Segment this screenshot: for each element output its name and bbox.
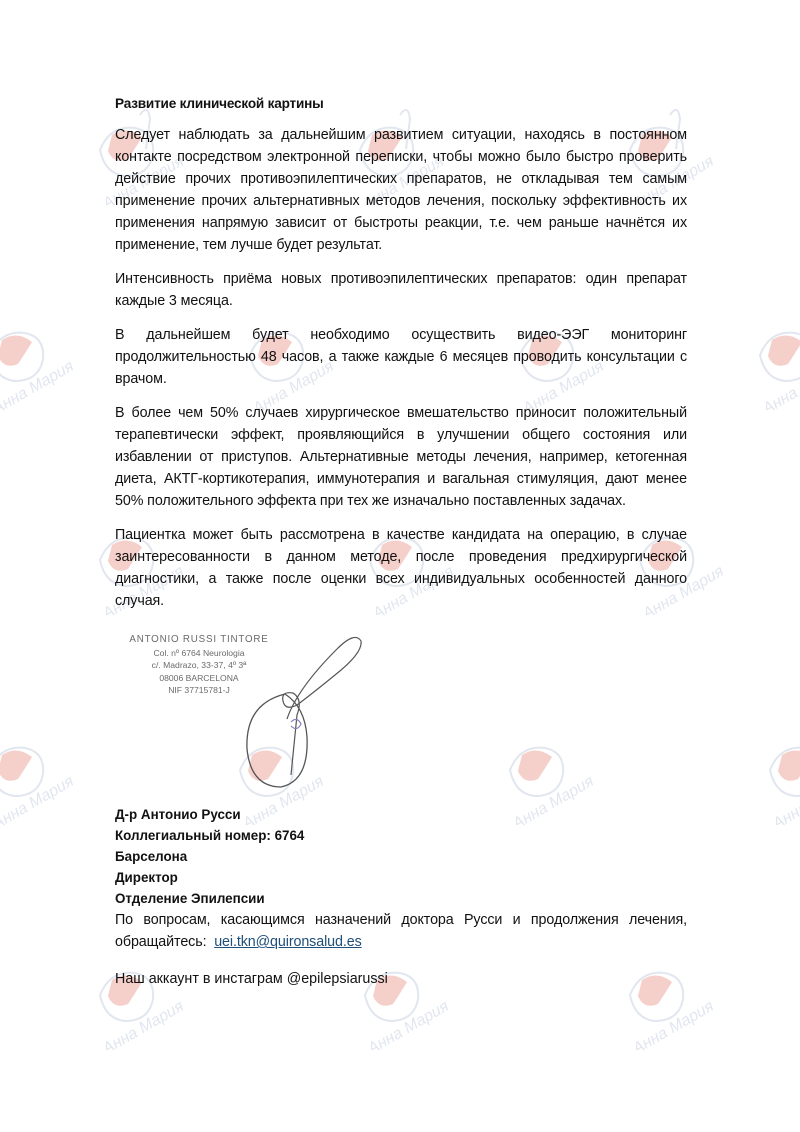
- watermark-logo-icon: Анна Мария: [0, 715, 80, 825]
- watermark-logo-icon: Анна Мария: [750, 715, 800, 825]
- svg-text:Анна Мария: Анна Мария: [99, 998, 187, 1050]
- email-link[interactable]: uei.tkn@quironsalud.es: [214, 934, 361, 950]
- svg-text:Анна Мария: Анна Мария: [629, 998, 717, 1050]
- signature-block: Д-р Антонио Русси Коллегиальный номер: 6…: [115, 804, 687, 909]
- svg-text:Анна Мария: Анна Мария: [364, 998, 452, 1050]
- svg-text:Анна Мария: Анна Мария: [0, 358, 77, 410]
- section-heading: Развитие клинической картины: [115, 96, 687, 111]
- city: Барселона: [115, 846, 687, 867]
- instagram-line: Наш аккаунт в инстаграм @epilepsiarussi: [115, 971, 687, 987]
- svg-text:Анна Мария: Анна Мария: [0, 773, 77, 825]
- position: Директор: [115, 867, 687, 888]
- watermark-logo-icon: Анна Мария: [740, 300, 800, 410]
- svg-text:Анна Мария: Анна Мария: [759, 358, 800, 410]
- doctor-name: Д-р Антонио Русси: [115, 804, 687, 825]
- license-number: Коллегиальный номер: 6764: [115, 825, 687, 846]
- signature-icon: [215, 624, 395, 794]
- paragraph: Следует наблюдать за дальнейшим развитие…: [115, 124, 687, 256]
- doctor-stamp: ANTONIO RUSSI TINTORE Col. nº 6764 Neuro…: [115, 624, 415, 794]
- contact-text: По вопросам, касающимся назначений докто…: [115, 912, 687, 950]
- contact-paragraph: По вопросам, касающимся назначений докто…: [115, 909, 687, 953]
- paragraph: В дальнейшем будет необходимо осуществит…: [115, 324, 687, 390]
- paragraph: Интенсивность приёма новых противоэпилеп…: [115, 268, 687, 312]
- watermark-logo-icon: Анна Мария: [0, 300, 80, 410]
- department: Отделение Эпилепсии: [115, 888, 687, 909]
- svg-text:Анна Мария: Анна Мария: [769, 773, 800, 825]
- paragraph: В более чем 50% случаев хирургическое вм…: [115, 402, 687, 512]
- document-page: Развитие клинической картины Следует наб…: [115, 96, 687, 987]
- paragraph: Пациентка может быть рассмотрена в качес…: [115, 524, 687, 612]
